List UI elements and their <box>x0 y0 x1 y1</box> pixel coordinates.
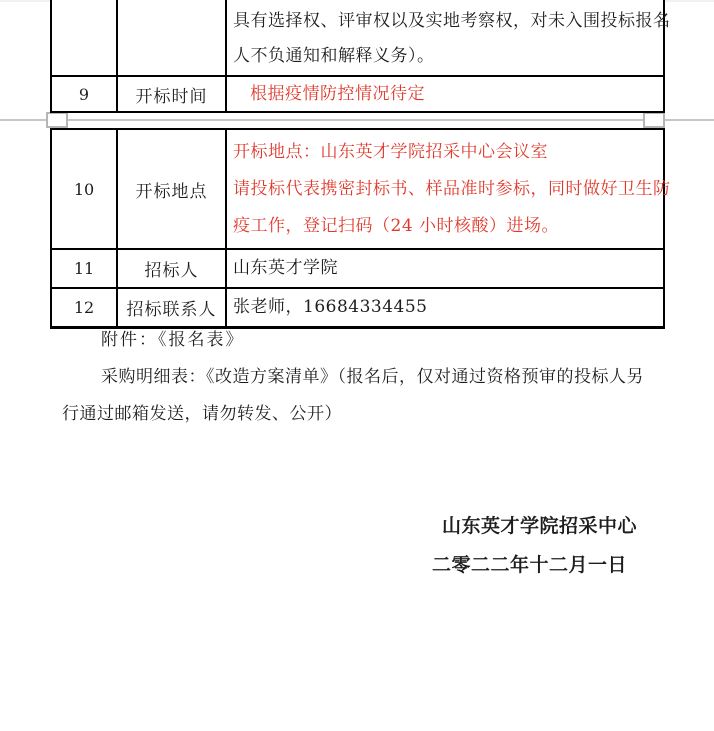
content-line: 张老师，16684334455 <box>233 289 663 326</box>
cell-label: 开标地点 <box>117 129 226 249</box>
cell-no: 9 <box>51 76 117 112</box>
content-line: 具有选择权、评审权以及实地考察权，对未入围投标报名 <box>233 4 663 39</box>
signature-org: 山东英才学院招采中心 <box>442 515 637 537</box>
document-page: 具有选择权、评审权以及实地考察权，对未入围投标报名 人不负通知和解释义务）。 9… <box>0 0 714 731</box>
page-break-step-left <box>46 112 68 128</box>
signature-date: 二零二二年十二月一日 <box>432 554 627 576</box>
detail-paragraph-line-2: 行通过邮箱发送，请勿转发、公开） <box>62 404 342 424</box>
cell-no <box>51 0 117 76</box>
doc-table-part1: 具有选择权、评审权以及实地考察权，对未入围投标报名 人不负通知和解释义务）。 9… <box>50 0 665 113</box>
cell-no: 10 <box>51 129 117 249</box>
table-row-9: 9 开标时间 根据疫情防控情况待定 <box>51 76 664 112</box>
cell-label <box>117 0 226 76</box>
detail-paragraph-line-1: 采购明细表：《改造方案清单》（报名后，仅对通过资格预审的投标人另 <box>101 367 644 387</box>
cell-content: 张老师，16684334455 <box>226 288 664 328</box>
table-row-10: 10 开标地点 开标地点：山东英才学院招采中心会议室 请投标代表携密封标书、样品… <box>51 129 664 249</box>
content-line: 山东英才学院 <box>233 250 663 287</box>
attachment-paragraph: 附件：《报名表》 <box>101 330 245 350</box>
cell-content: 根据疫情防控情况待定 <box>226 76 664 112</box>
cell-label: 招标人 <box>117 249 226 288</box>
cell-no: 11 <box>51 249 117 288</box>
content-line: 请投标代表携密封标书、样品准时参标，同时做好卫生防 <box>233 171 663 208</box>
cell-label: 开标时间 <box>117 76 226 112</box>
cell-content: 具有选择权、评审权以及实地考察权，对未入围投标报名 人不负通知和解释义务）。 <box>226 0 664 76</box>
cell-content: 开标地点：山东英才学院招采中心会议室 请投标代表携密封标书、样品准时参标，同时做… <box>226 129 664 249</box>
content-line: 根据疫情防控情况待定 <box>233 84 663 104</box>
table-row-12: 12 招标联系人 张老师，16684334455 <box>51 288 664 328</box>
page-break-line <box>0 119 714 121</box>
cell-no: 12 <box>51 288 117 328</box>
content-line: 人不负通知和解释义务）。 <box>233 39 663 74</box>
table-row-11: 11 招标人 山东英才学院 <box>51 249 664 288</box>
table-row-continuation: 具有选择权、评审权以及实地考察权，对未入围投标报名 人不负通知和解释义务）。 <box>51 0 664 76</box>
cell-label: 招标联系人 <box>117 288 226 328</box>
content-line: 开标地点：山东英才学院招采中心会议室 <box>233 134 663 171</box>
page-break-step-right <box>643 112 665 128</box>
doc-table-part2: 10 开标地点 开标地点：山东英才学院招采中心会议室 请投标代表携密封标书、样品… <box>50 128 665 329</box>
content-line: 疫工作，登记扫码（24 小时核酸）进场。 <box>233 208 663 245</box>
cell-content: 山东英才学院 <box>226 249 664 288</box>
